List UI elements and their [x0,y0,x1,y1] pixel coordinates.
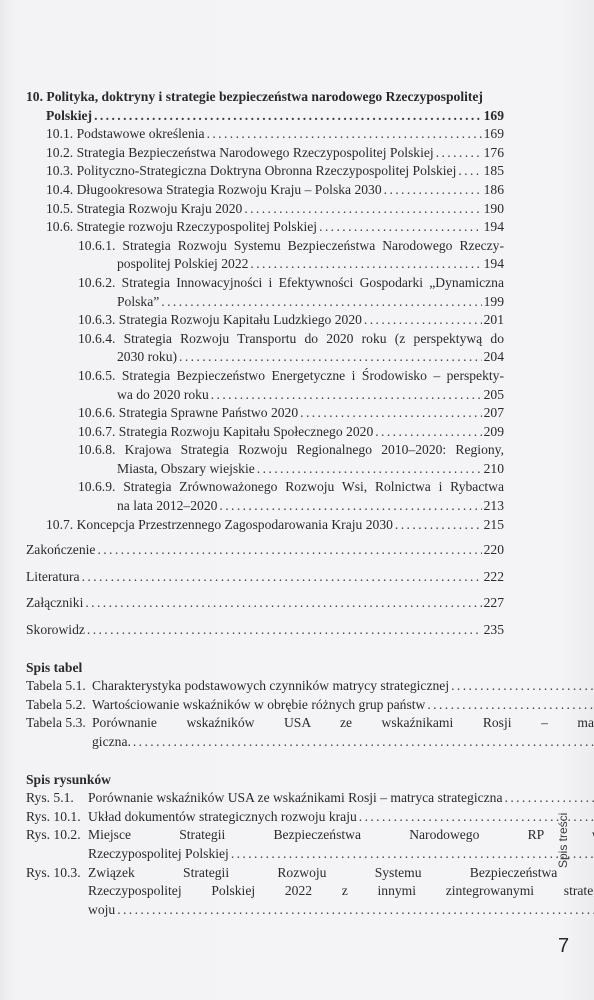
toc-back-matter[interactable]: Literatura222 [26,568,504,587]
section-page: 194 [484,218,504,237]
item-label: Rys. 10.2. [26,826,88,863]
subsection-title: Krajowa Strategia Rozwoju Regionalnego 2… [125,442,504,457]
back-matter-title: Skorowidz [26,621,85,640]
leader-dots [85,594,481,613]
leader-dots [384,181,482,200]
leader-dots [250,255,481,274]
toc-subsection[interactable]: 10.6.7. Strategia Rozwoju Kapitału Społe… [26,423,504,442]
leader-dots [87,621,482,640]
subsection-number: 10.6.3. [78,311,115,330]
section-page: 176 [484,144,504,163]
item-title: Rzeczypospolitej Polskiej 2022 z innymi … [88,883,594,898]
item-title: woju [88,901,115,920]
toc-subsection[interactable]: 10.6.5. Strategia Bezpieczeństwo Energet… [26,367,504,404]
subsection-title: Strategia Rozwoju Transportu do 2020 rok… [124,331,504,346]
back-matter-page: 235 [484,621,504,640]
toc-section[interactable]: 10.4. Długookresowa Strategia Rozwoju Kr… [26,181,504,200]
item-title: giczna. [92,733,131,752]
back-matter-page: 227 [484,594,504,613]
subsection-page: 207 [484,404,504,423]
subsection-page: 201 [484,311,504,330]
item-label: Tabela 5.3. [26,714,92,751]
section-title: Polityczno-Strategiczna Doktryna Obronna… [77,162,457,181]
list-of-tables-heading: Spis tabel [26,659,504,678]
subsection-title-cont: Miasta, Obszary wiejskie [117,460,255,479]
leader-dots [117,901,594,920]
subsection-title: Strategia Sprawne Państwo 2020 [119,404,298,423]
toc-subsection[interactable]: 10.6.2. Strategia Innowacyjności i Efekt… [26,274,504,311]
leader-dots [395,516,482,535]
leader-dots [364,311,482,330]
section-page: 169 [484,125,504,144]
toc-back-matter[interactable]: Zakończenie220 [26,541,504,560]
subsection-number: 10.6.7. [78,423,115,442]
section-page: 190 [484,200,504,219]
leader-dots [300,404,481,423]
section-title: Podstawowe określenia [77,125,205,144]
back-matter-title: Załączniki [26,594,83,613]
back-matter-title: Zakończenie [26,541,95,560]
subsection-number: 10.6.8. [78,442,115,457]
subsection-number: 10.6.5. [78,368,115,383]
item-title: Wartościowanie wskaźników w obrębie różn… [92,696,425,715]
subsection-title: Strategia Rozwoju Kapitału Ludzkiego 202… [119,311,362,330]
chapter-title-line: 10. Polityka, doktryny i strategie bezpi… [26,88,504,107]
subsection-number: 10.6.6. [78,404,115,423]
item-label: Rys. 10.1. [26,808,88,827]
subsection-title-cont: wa do 2020 roku [117,386,209,405]
table-of-contents: 10. Polityka, doktryny i strategie bezpi… [26,88,504,919]
leader-dots [257,460,482,479]
leader-dots [427,696,594,715]
subsection-number: 10.6.1. [78,238,115,253]
table-list-item[interactable]: Tabela 5.1.Charakterystyka podstawowych … [26,677,504,696]
toc-back-matter[interactable]: Skorowidz235 [26,621,504,640]
leader-dots [319,218,482,237]
subsection-page: 213 [484,497,504,516]
toc-subsection[interactable]: 10.6.3. Strategia Rozwoju Kapitału Ludzk… [26,311,504,330]
leader-dots [231,845,594,864]
back-matter-title: Literatura [26,568,80,587]
back-matter-page: 222 [484,568,504,587]
subsection-title: Strategia Rozwoju Systemu Bezpieczeństwa… [122,238,504,253]
subsection-title-cont: na lata 2012–2020 [117,497,217,516]
section-title: Strategia Rozwoju Kraju 2020 [77,200,243,219]
subsection-number: 10.6.4. [78,331,115,346]
subsection-page: 205 [484,386,504,405]
section-number: 10.1. [46,125,73,144]
subsection-title: Strategia Innowacyjności i Efektywności … [122,275,504,290]
leader-dots [219,497,481,516]
book-page: 10. Polityka, doktryny i strategie bezpi… [0,0,594,1000]
section-title: Strategie rozwoju Rzeczypospolitej Polsk… [77,218,317,237]
item-title: Miejsce Strategii Bezpieczeństwa Narodow… [88,827,594,842]
leader-dots [82,568,482,587]
section-number: 10.3. [46,162,73,181]
section-page: 186 [484,181,504,200]
chapter-title-cont: Polskiej 169 [26,107,504,126]
subsection-page: 209 [484,423,504,442]
leader-dots [97,541,481,560]
leader-dots [375,423,481,442]
leader-dots [161,293,481,312]
section-number: 10.4. [46,181,73,200]
page-number: 7 [558,935,569,958]
leader-dots [133,733,594,752]
item-title: Porównanie wskaźników USA ze wskaźnikami… [92,715,594,730]
item-label: Tabela 5.1. [26,677,92,696]
figure-list-item[interactable]: Rys. 10.1.Układ dokumentów strategicznyc… [26,808,504,827]
toc-section[interactable]: 10.2. Strategia Bezpieczeństwa Narodoweg… [26,144,504,163]
figure-list-item[interactable]: Rys. 10.2.Miejsce Strategii Bezpieczeńst… [26,826,504,863]
item-title: Rzeczypospolitej Polskiej [88,845,229,864]
table-list-item[interactable]: Tabela 5.2.Wartościowanie wskaźników w o… [26,696,504,715]
item-label: Tabela 5.2. [26,696,92,715]
subsection-title: Strategia Rozwoju Kapitału Społecznego 2… [119,423,373,442]
toc-back-matter[interactable]: Załączniki227 [26,594,504,613]
item-label: Rys. 5.1. [26,789,88,808]
leader-dots [451,677,594,696]
subsection-page: 194 [484,255,504,274]
figure-list-item[interactable]: Rys. 10.3.Związek Strategii Rozwoju Syst… [26,864,504,920]
leader-dots [505,789,594,808]
subsection-title-cont: 2030 roku) [117,348,177,367]
subsection-title-cont: Polska” [117,293,159,312]
subsection-title: Strategia Bezpieczeństwo Energetyczne i … [122,368,504,383]
section-number: 10.2. [46,144,73,163]
toc-chapter-10: 10. Polityka, doktryny i strategie bezpi… [26,88,504,125]
toc-subsection[interactable]: 10.6.4. Strategia Rozwoju Transportu do … [26,330,504,367]
toc-subsection[interactable]: 10.6.8. Krajowa Strategia Rozwoju Region… [26,441,504,478]
leader-dots [207,125,482,144]
figure-list-item[interactable]: Rys. 5.1.Porównanie wskaźników USA ze ws… [26,789,504,808]
list-of-figures-heading: Spis rysunków [26,771,504,790]
item-label: Rys. 10.3. [26,864,88,920]
subsection-page: 199 [484,293,504,312]
subsection-page: 210 [484,460,504,479]
toc-subsection[interactable]: 10.6.9. Strategia Zrównoważonego Rozwoju… [26,478,504,515]
section-title: Długookresowa Strategia Rozwoju Kraju – … [77,181,382,200]
subsection-title: Strategia Zrównoważonego Rozwoju Wsi, Ro… [123,479,504,494]
section-title: Strategia Bezpieczeństwa Narodowego Rzec… [77,144,434,163]
toc-subsection[interactable]: 10.6.6. Strategia Sprawne Państwo 202020… [26,404,504,423]
item-title: Porównanie wskaźników USA ze wskaźnikami… [88,789,503,808]
item-title: Układ dokumentów strategicznych rozwoju … [88,808,357,827]
subsection-number: 10.6.2. [78,275,115,290]
leader-dots [436,144,482,163]
subsection-number: 10.6.9. [78,479,115,494]
subsection-title-cont: pospolitej Polskiej 2022 [117,255,248,274]
section-number: 10.5. [46,200,73,219]
item-title: Związek Strategii Rozwoju Systemu Bezpie… [88,865,594,880]
back-matter-page: 220 [484,541,504,560]
leader-dots [458,162,481,181]
toc-subsection[interactable]: 10.6.1. Strategia Rozwoju Systemu Bezpie… [26,237,504,274]
toc-section[interactable]: 10.5. Strategia Rozwoju Kraju 2020190 [26,200,504,219]
table-list-item[interactable]: Tabela 5.3.Porównanie wskaźników USA ze … [26,714,504,751]
section-page: 185 [484,162,504,181]
running-head-vertical: Spis treści [556,813,570,868]
toc-section[interactable]: 10.6. Strategie rozwoju Rzeczypospolitej… [26,218,504,237]
toc-section[interactable]: 10.1. Podstawowe określenia169 [26,125,504,144]
section-number: 10.6. [46,218,73,237]
leader-dots [179,348,482,367]
leader-dots [94,107,482,126]
toc-section[interactable]: 10.3. Polityczno-Strategiczna Doktryna O… [26,162,504,181]
subsection-page: 204 [484,348,504,367]
leader-dots [244,200,481,219]
item-title: Charakterystyka podstawowych czynników m… [92,677,449,696]
leader-dots [211,386,482,405]
toc-section-10-7[interactable]: 10.7. Koncepcja Przestrzennego Zagospoda… [26,516,504,535]
